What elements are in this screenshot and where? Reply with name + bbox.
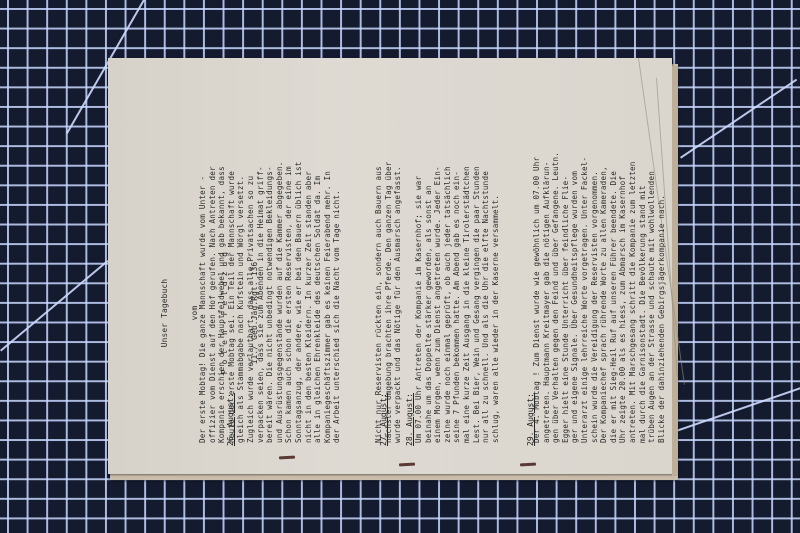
entry-line: mal durch die Garnisonstadt. Die Bevölke… — [638, 152, 648, 443]
entry-line: mal eine kurze Zeit Ausgang in die klein… — [462, 166, 472, 443]
entry-text: Der erste Mobtag! Die ganze Mannschaft w… — [198, 161, 342, 443]
entry-line: ger und eigene Signale. Über Gesundheits… — [570, 152, 580, 443]
title-line: Unser Tagebuch — [160, 238, 170, 388]
entry-text: Nicht nur Reservisten rückten ein, sonde… — [374, 161, 403, 443]
entry-line: schein wurde die Vereidigung der Reservi… — [590, 152, 600, 443]
entry-line: Zugleich wurde verlautbart, dass alle Pr… — [246, 161, 256, 443]
entry-line: alle in gleichen Ehrenkleide des deutsch… — [313, 161, 323, 443]
entry-line: seine 7 Pfunden bekommen hatte. Am Abend… — [452, 166, 462, 443]
entry-date: 28. August: — [405, 393, 414, 446]
entry-line: zelne wurde noch einmal geprüft, ob auch… — [443, 166, 453, 443]
entry-line: Unterarzt einige lehrreiche Worte vorget… — [580, 152, 590, 443]
entry-line: nächster Umgebung brachten ihre Pferde. … — [384, 161, 394, 443]
entry-line: einem Morgen, wenn zum Dienst angetreten… — [433, 166, 443, 443]
entry-line: Lest. Bei Bier, Wein und Gesang verginge… — [472, 166, 482, 443]
entry-line: Der erste Mobtag! Die ganze Mannschaft w… — [198, 161, 208, 443]
entry-line: gleich als Stammabgabe nach Kufstein und… — [236, 161, 246, 443]
entry-line: nicht in den besten Kleidern. In kurzer … — [304, 161, 314, 443]
entry-line: Der 4. Mobtag ! Zum Dienst wurde wie gew… — [532, 152, 542, 443]
entry-line: Schon kamen auch schon die ersten Reserv… — [284, 161, 294, 443]
entry-line: die er mit Sieg-Heil Ruf auf unseren Füh… — [609, 152, 619, 443]
entry-line: Der Kompaniechef sprach rührende Worte z… — [599, 152, 609, 443]
entry-line: Sonntagsanzug, der andere, wie er bei de… — [294, 161, 304, 443]
entry-line: antreten. Mit Marschgesang schritt die K… — [628, 152, 638, 443]
staple — [520, 463, 536, 467]
entry-line: nur all zu schnell. Und als die Uhr die … — [481, 166, 491, 443]
entry-line: Um 07.00 Uhr Antreten der Kompanie im Ka… — [414, 166, 424, 443]
entry-line: schlug, waren alle wieder in der Kaserne… — [491, 166, 501, 443]
entry-text: Der 4. Mobtag ! Zum Dienst wurde wie gew… — [532, 152, 666, 443]
entry-line: trüben Augen an der Strasse und schaute … — [647, 152, 657, 443]
entry-line: offizier vom Dienst auf den Hof gerufen.… — [208, 161, 218, 443]
document-page: Unser Tagebuch vom P o l e n - F e l d z… — [108, 58, 672, 474]
entry-line: verpacken seien, dass sie zum Abenden in… — [256, 161, 266, 443]
entry-line: heute der erste Mobtag sei. Ein Teil der… — [227, 161, 237, 443]
entry-line: Nicht nur Reservisten rückten ein, sonde… — [374, 161, 384, 443]
entry-line: Kompaniegeschäftszimmer gab es keinen Fe… — [323, 161, 333, 443]
entry-line: und Ausrüstungsgegenstände wurden auf di… — [275, 161, 285, 443]
staple — [279, 456, 295, 460]
entry-line: wurde verpackt und das Nötige für den Au… — [393, 161, 403, 443]
paper-edge — [672, 66, 678, 476]
entry-line: Uhr zeigte 20.00 als es hiess, zum Abmar… — [618, 152, 628, 443]
entry-line: angetreten. Hauptmann Kreitmayer gab die… — [542, 152, 552, 443]
entry-text: Um 07.00 Uhr Antreten der Kompanie im Ka… — [414, 166, 500, 443]
staple — [399, 463, 415, 467]
entry-line: Blicke der dahinziehenden Gebirgsjägerko… — [657, 152, 667, 443]
entry-line: Egger hielt eine Stunde Unterricht über … — [561, 152, 571, 443]
entry-line: Kompanie erschien der Hauptfeldwebel und… — [217, 161, 227, 443]
entry-line: bereit wären. Die nicht unbedingt notwen… — [265, 161, 275, 443]
entry-line: gen über Verhalten gegen den Feind und ü… — [551, 152, 561, 443]
entry-line: der Arbeit unterschied sich die Nacht vo… — [332, 161, 342, 443]
entry-line: beinahe um das Doppelte stärker geworden… — [424, 166, 434, 443]
